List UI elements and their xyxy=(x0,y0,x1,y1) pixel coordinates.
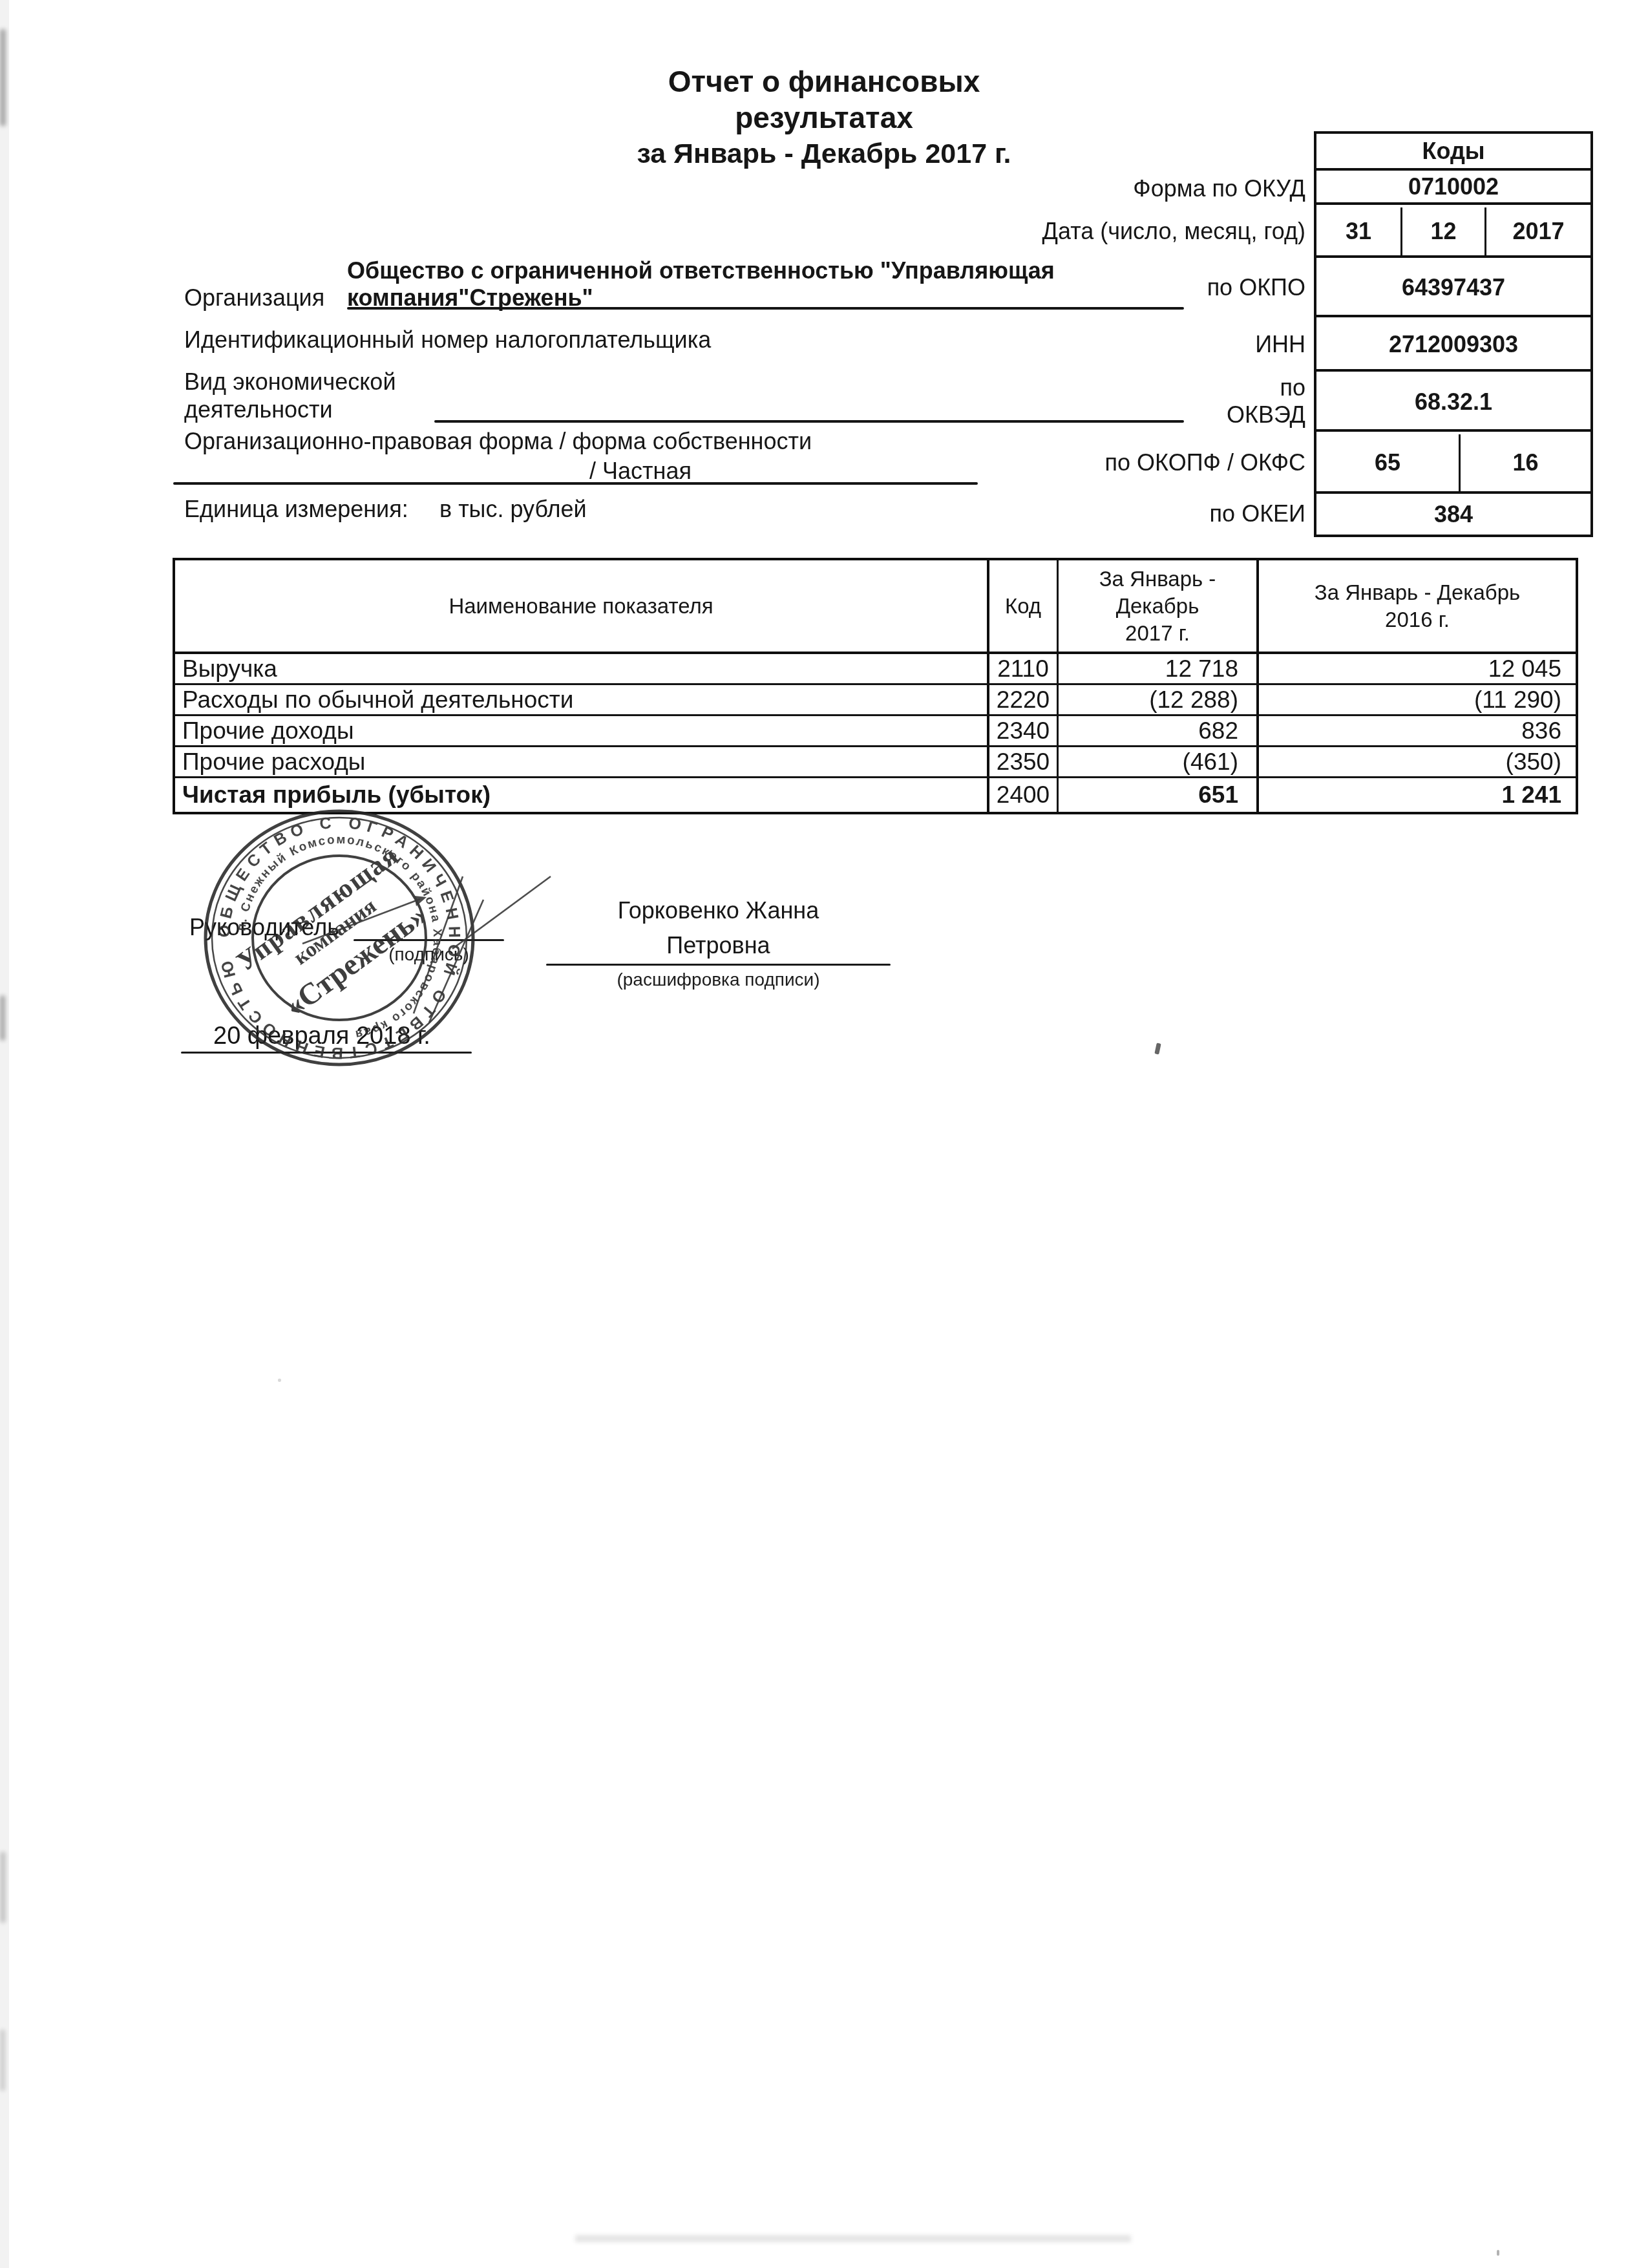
row-code: 2110 xyxy=(989,654,1059,683)
col-header-2017-line1: За Январь - Декабрь xyxy=(1059,566,1256,620)
activity-caption-line1: Вид экономической xyxy=(184,368,396,395)
row-2017-value: 12 718 xyxy=(1059,654,1259,683)
row-code: 2400 xyxy=(989,778,1059,812)
scan-smudge xyxy=(0,2030,5,2091)
company-round-stamp: ОБЩЕСТВО С ОГРАНИЧЕННОЙ ОТВЕТСТВЕННОСТЬЮ… xyxy=(199,801,481,1076)
org-name-line1: Общество с ограниченной ответственностью… xyxy=(347,257,1055,284)
table-row: Выручка 2110 12 718 12 045 xyxy=(175,654,1576,685)
row-2016-value: 1 241 xyxy=(1259,778,1576,812)
col-header-code: Код xyxy=(989,560,1059,652)
row-2016-value: 12 045 xyxy=(1259,654,1576,683)
label-date: Дата (число, месяц, год) xyxy=(711,218,1305,244)
signer-name-line1: Горковенко Жанна xyxy=(546,897,891,924)
row-code: 2350 xyxy=(989,747,1059,776)
col-header-2016-line1: За Январь - Декабрь xyxy=(1315,579,1521,606)
col-header-2017: За Январь - Декабрь 2017 г. xyxy=(1059,560,1259,652)
inn-value: 2712009303 xyxy=(1316,320,1590,372)
results-table: Наименование показателя Код За Январь - … xyxy=(173,558,1578,814)
inn-caption: Идентификационный номер налогоплательщик… xyxy=(184,326,711,353)
legal-form-value: / Частная xyxy=(589,458,692,484)
scan-smudge xyxy=(0,1852,6,1923)
col-header-code-text: Код xyxy=(1005,593,1041,620)
report-period: за Январь - Декабрь 2017 г. xyxy=(501,138,1147,169)
row-code: 2220 xyxy=(989,685,1059,714)
okopf-value: 65 xyxy=(1316,434,1461,491)
scan-smudge xyxy=(0,29,6,126)
legal-form-underline xyxy=(173,482,978,485)
document-title-line2: результатах xyxy=(501,101,1147,134)
table-row: Расходы по обычной деятельности 2220 (12… xyxy=(175,685,1576,716)
label-okved-line2: ОКВЭД xyxy=(711,402,1305,428)
label-okei: по ОКЕИ xyxy=(711,501,1305,527)
row-name: Расходы по обычной деятельности xyxy=(175,685,989,714)
scan-speck xyxy=(1497,2250,1499,2256)
name-caption: (расшифровка подписи) xyxy=(546,970,891,990)
date-day-value: 31 xyxy=(1316,207,1402,255)
scan-speck xyxy=(1154,1043,1161,1054)
okei-value: 384 xyxy=(1316,496,1590,532)
row-2017-value: 682 xyxy=(1059,716,1259,745)
row-2016-value: 836 xyxy=(1259,716,1576,745)
row-2017-value: (12 288) xyxy=(1059,685,1259,714)
label-okved-line1: по xyxy=(711,375,1305,401)
row-2017-value: 651 xyxy=(1059,778,1259,812)
col-header-name: Наименование показателя xyxy=(175,560,989,652)
codes-table: Коды 0710002 31 12 2017 64397437 2712009… xyxy=(1314,131,1593,537)
label-okud: Форма по ОКУД xyxy=(711,176,1305,202)
legal-form-caption: Организационно-правовая форма / форма со… xyxy=(184,428,812,454)
date-month-value: 12 xyxy=(1402,207,1486,255)
activity-caption-line2: деятельности xyxy=(184,396,333,423)
scan-edge-shadow xyxy=(0,0,9,2268)
label-inn: ИНН xyxy=(711,332,1305,357)
col-header-2016: За Январь - Декабрь 2016 г. xyxy=(1259,560,1576,652)
okopf-okfs-row: 65 16 xyxy=(1316,434,1590,494)
table-row: Прочие расходы 2350 (461) (350) xyxy=(175,747,1576,778)
org-label: Организация xyxy=(184,284,324,311)
row-code: 2340 xyxy=(989,716,1059,745)
row-2016-value: (11 290) xyxy=(1259,685,1576,714)
scan-ghost-streak xyxy=(575,2235,1131,2242)
activity-underline xyxy=(434,420,1184,423)
row-2017-value: (461) xyxy=(1059,747,1259,776)
col-header-name-text: Наименование показателя xyxy=(449,593,713,620)
name-underline xyxy=(546,964,891,966)
scan-speck xyxy=(278,1379,281,1382)
table-row: Прочие доходы 2340 682 836 xyxy=(175,716,1576,747)
row-name: Выручка xyxy=(175,654,989,683)
codes-header-cell: Коды xyxy=(1316,134,1590,171)
okpo-value: 64397437 xyxy=(1316,260,1590,317)
signer-name-line2: Петровна xyxy=(546,932,891,959)
row-name: Прочие расходы xyxy=(175,747,989,776)
unit-value: в тыс. рублей xyxy=(439,496,587,522)
okud-value: 0710002 xyxy=(1316,171,1590,205)
date-year-value: 2017 xyxy=(1486,207,1590,255)
okfs-value: 16 xyxy=(1461,434,1590,491)
unit-label: Единица измерения: xyxy=(184,496,408,522)
date-value-row: 31 12 2017 xyxy=(1316,207,1590,258)
col-header-2016-line2: 2016 г. xyxy=(1385,606,1450,633)
col-header-2017-line2: 2017 г. xyxy=(1125,620,1190,647)
org-name-underline xyxy=(347,307,1184,310)
document-title-line1: Отчет о финансовых xyxy=(501,65,1147,98)
row-2016-value: (350) xyxy=(1259,747,1576,776)
scanned-financial-report: Отчет о финансовых результатах за Январь… xyxy=(0,0,1648,2268)
scan-smudge xyxy=(0,995,5,1041)
okved-value: 68.32.1 xyxy=(1316,374,1590,432)
row-name: Прочие доходы xyxy=(175,716,989,745)
table-header-row: Наименование показателя Код За Январь - … xyxy=(175,560,1576,654)
